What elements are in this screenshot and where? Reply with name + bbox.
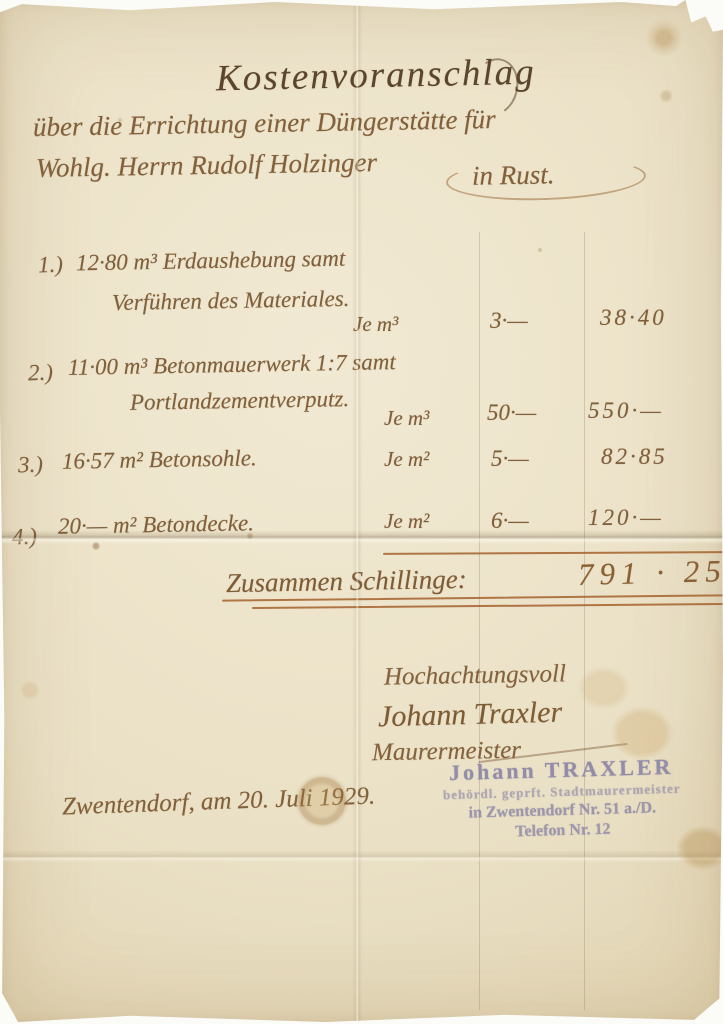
item-1-amount: 38·40 bbox=[600, 305, 667, 331]
company-stamp: Johann TRAXLER behördl. geprft. Stadtmau… bbox=[415, 753, 709, 844]
total-value: 791 · 25 bbox=[578, 553, 723, 593]
item-2-unit-price: 50·— bbox=[487, 400, 536, 426]
subtitle-line-2: Wohlg. Herrn Rudolf Holzinger bbox=[36, 147, 378, 184]
item-2-amount: 550·— bbox=[588, 398, 664, 424]
item-4-amount: 120·— bbox=[588, 505, 664, 531]
total-label: Zusammen Schillinge: bbox=[226, 564, 467, 599]
item-1-number: 1.) bbox=[38, 252, 64, 279]
date-line: Zwentendorf, am 20. Juli 1929. bbox=[62, 783, 376, 822]
item-2-description-2: Portlandzementverputz. bbox=[130, 386, 350, 416]
signature-name: Johann Traxler bbox=[378, 696, 563, 735]
item-3-unit: Je m² bbox=[384, 447, 429, 472]
item-1-unit-price: 3·— bbox=[490, 308, 528, 334]
subtitle-line-1: über die Errichtung einer Düngerstätte f… bbox=[33, 104, 496, 143]
item-1-description: 12·80 m³ Erdaushebung samt bbox=[76, 246, 346, 277]
closing-salutation: Hochachtungsvoll bbox=[384, 660, 566, 691]
item-3-description: 16·57 m² Betonsohle. bbox=[62, 445, 257, 474]
paper-sheet: Kostenvoranschlag über die Errichtung ei… bbox=[0, 0, 723, 1024]
rule-under-total-2 bbox=[252, 603, 723, 609]
item-4-unit: Je m² bbox=[384, 509, 429, 534]
item-3-number: 3.) bbox=[18, 452, 44, 479]
item-2-number: 2.) bbox=[28, 360, 54, 387]
item-4-number: 4.) bbox=[11, 523, 37, 550]
item-4-description: 20·— m² Betondecke. bbox=[58, 510, 254, 539]
item-3-unit-price: 5·— bbox=[491, 446, 529, 472]
item-3-amount: 82·85 bbox=[601, 444, 668, 470]
item-1-unit: Je m³ bbox=[353, 312, 398, 337]
item-1-description-2: Verführen des Materiales. bbox=[112, 286, 350, 316]
fold-crease-horizontal-2 bbox=[0, 850, 723, 862]
column-guide-line-1 bbox=[479, 232, 480, 1010]
item-2-description: 11·00 m³ Betonmauerwerk 1:7 samt bbox=[68, 349, 396, 381]
column-guide-line-2 bbox=[584, 232, 585, 1010]
item-2-unit: Je m³ bbox=[384, 406, 429, 431]
item-4-unit-price: 6·— bbox=[491, 508, 529, 534]
